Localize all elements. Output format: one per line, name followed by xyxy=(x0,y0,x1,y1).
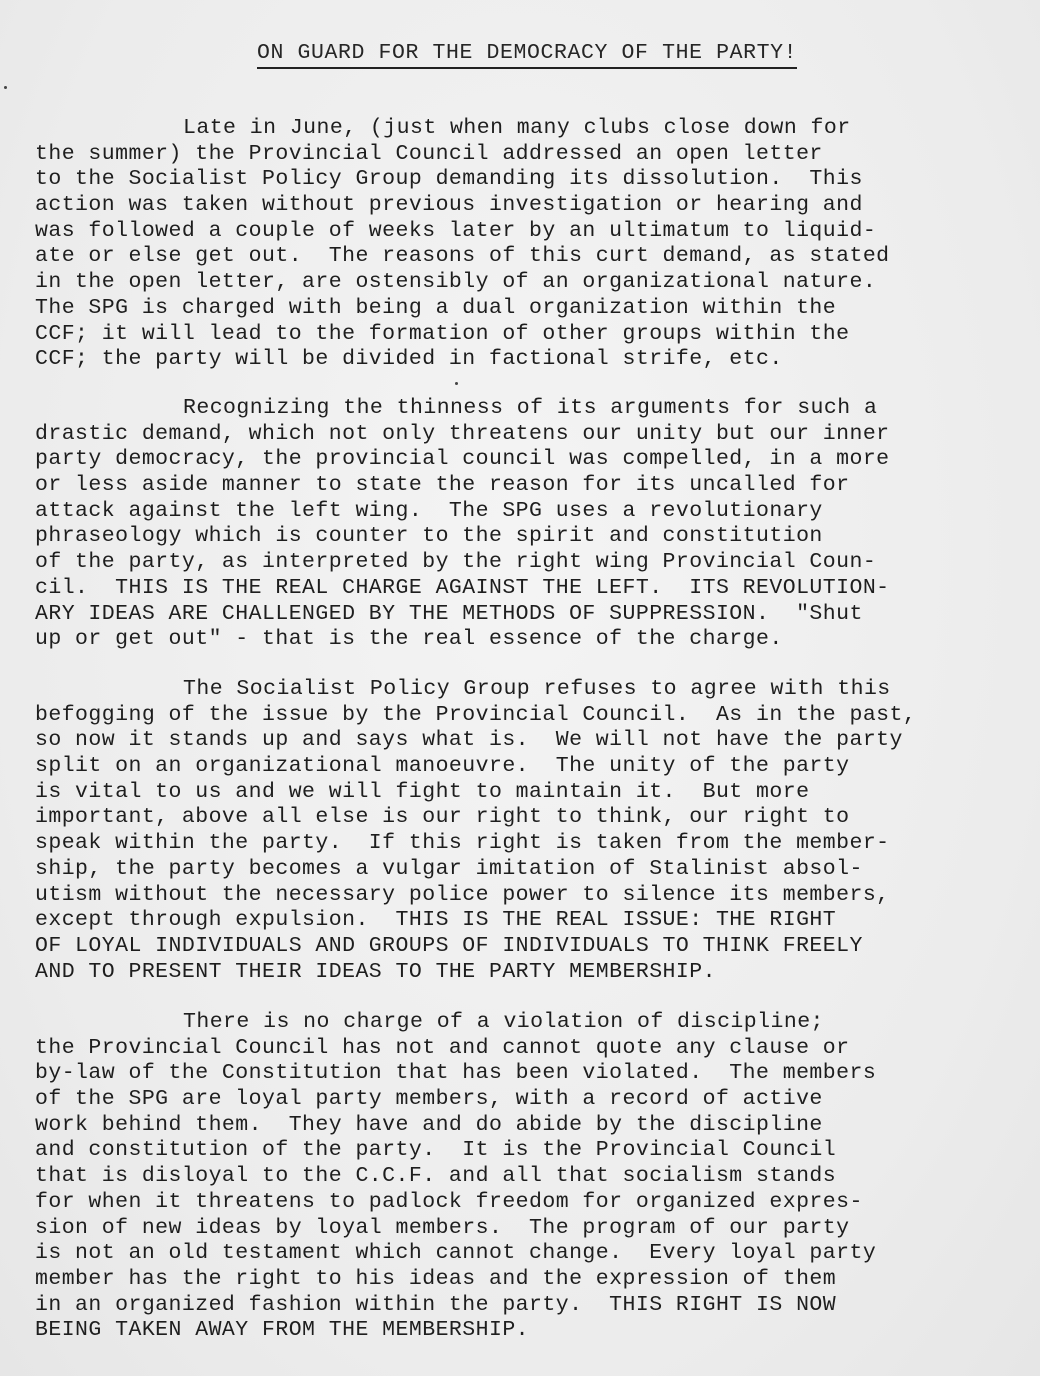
text-line: is vital to us and we will fight to main… xyxy=(35,780,1025,806)
text-line: except through expulsion. THIS IS THE RE… xyxy=(35,908,1025,934)
stray-mark xyxy=(4,86,7,89)
text-line: speak within the party. If this right is… xyxy=(35,831,1025,857)
text-line: utism without the necessary police power… xyxy=(35,883,1025,909)
text-line: ship, the party becomes a vulgar imitati… xyxy=(35,857,1025,883)
text-line: AND TO PRESENT THEIR IDEAS TO THE PARTY … xyxy=(35,960,1025,986)
text-line: BEING TAKEN AWAY FROM THE MEMBERSHIP. xyxy=(35,1318,1025,1344)
text-line: important, above all else is our right t… xyxy=(35,805,1025,831)
text-line: of the SPG are loyal party members, with… xyxy=(35,1087,1025,1113)
text-line: that is disloyal to the C.C.F. and all t… xyxy=(35,1164,1025,1190)
text-line: up or get out" - that is the real essenc… xyxy=(35,627,1025,653)
text-line: Late in June, (just when many clubs clos… xyxy=(35,116,1025,142)
text-line: in the open letter, are ostensibly of an… xyxy=(35,270,1025,296)
text-line: phraseology which is counter to the spir… xyxy=(35,524,1025,550)
text-line: the summer) the Provincial Council addre… xyxy=(35,142,1025,168)
text-line: to the Socialist Policy Group demanding … xyxy=(35,167,1025,193)
text-line: There is no charge of a violation of dis… xyxy=(35,1010,1025,1036)
text-line: by-law of the Constitution that has been… xyxy=(35,1061,1025,1087)
text-line: befogging of the issue by the Provincial… xyxy=(35,703,1025,729)
stray-mark xyxy=(455,382,458,385)
typewritten-page: ON GUARD FOR THE DEMOCRACY OF THE PARTY!… xyxy=(0,0,1040,1376)
text-line: cil. THIS IS THE REAL CHARGE AGAINST THE… xyxy=(35,576,1025,602)
text-line: was followed a couple of weeks later by … xyxy=(35,219,1025,245)
text-line: OF LOYAL INDIVIDUALS AND GROUPS OF INDIV… xyxy=(35,934,1025,960)
text-line: is not an old testament which cannot cha… xyxy=(35,1241,1025,1267)
text-line: drastic demand, which not only threatens… xyxy=(35,422,1025,448)
text-line: CCF; the party will be divided in factio… xyxy=(35,347,1025,373)
text-line: attack against the left wing. The SPG us… xyxy=(35,499,1025,525)
document-title: ON GUARD FOR THE DEMOCRACY OF THE PARTY! xyxy=(257,40,797,69)
text-line: action was taken without previous invest… xyxy=(35,193,1025,219)
paragraph-1: Late in June, (just when many clubs clos… xyxy=(35,116,1025,373)
paragraph-4: There is no charge of a violation of dis… xyxy=(35,1010,1025,1344)
text-line: split on an organizational manoeuvre. Th… xyxy=(35,754,1025,780)
text-line: so now it stands up and says what is. We… xyxy=(35,728,1025,754)
text-line: for when it threatens to padlock freedom… xyxy=(35,1190,1025,1216)
text-line: member has the right to his ideas and th… xyxy=(35,1267,1025,1293)
text-line: party democracy, the provincial council … xyxy=(35,447,1025,473)
text-line: of the party, as interpreted by the righ… xyxy=(35,550,1025,576)
text-line: or less aside manner to state the reason… xyxy=(35,473,1025,499)
text-line: The Socialist Policy Group refuses to ag… xyxy=(35,677,1025,703)
text-line: ate or else get out. The reasons of this… xyxy=(35,244,1025,270)
text-line: CCF; it will lead to the formation of ot… xyxy=(35,322,1025,348)
text-line: the Provincial Council has not and canno… xyxy=(35,1036,1025,1062)
text-line: in an organized fashion within the party… xyxy=(35,1293,1025,1319)
text-line: The SPG is charged with being a dual org… xyxy=(35,296,1025,322)
paragraph-3: The Socialist Policy Group refuses to ag… xyxy=(35,677,1025,985)
text-line: Recognizing the thinness of its argument… xyxy=(35,396,1025,422)
text-line: sion of new ideas by loyal members. The … xyxy=(35,1216,1025,1242)
text-line: work behind them. They have and do abide… xyxy=(35,1113,1025,1139)
paragraph-2: Recognizing the thinness of its argument… xyxy=(35,396,1025,653)
text-line: ARY IDEAS ARE CHALLENGED BY THE METHODS … xyxy=(35,602,1025,628)
text-line: and constitution of the party. It is the… xyxy=(35,1138,1025,1164)
